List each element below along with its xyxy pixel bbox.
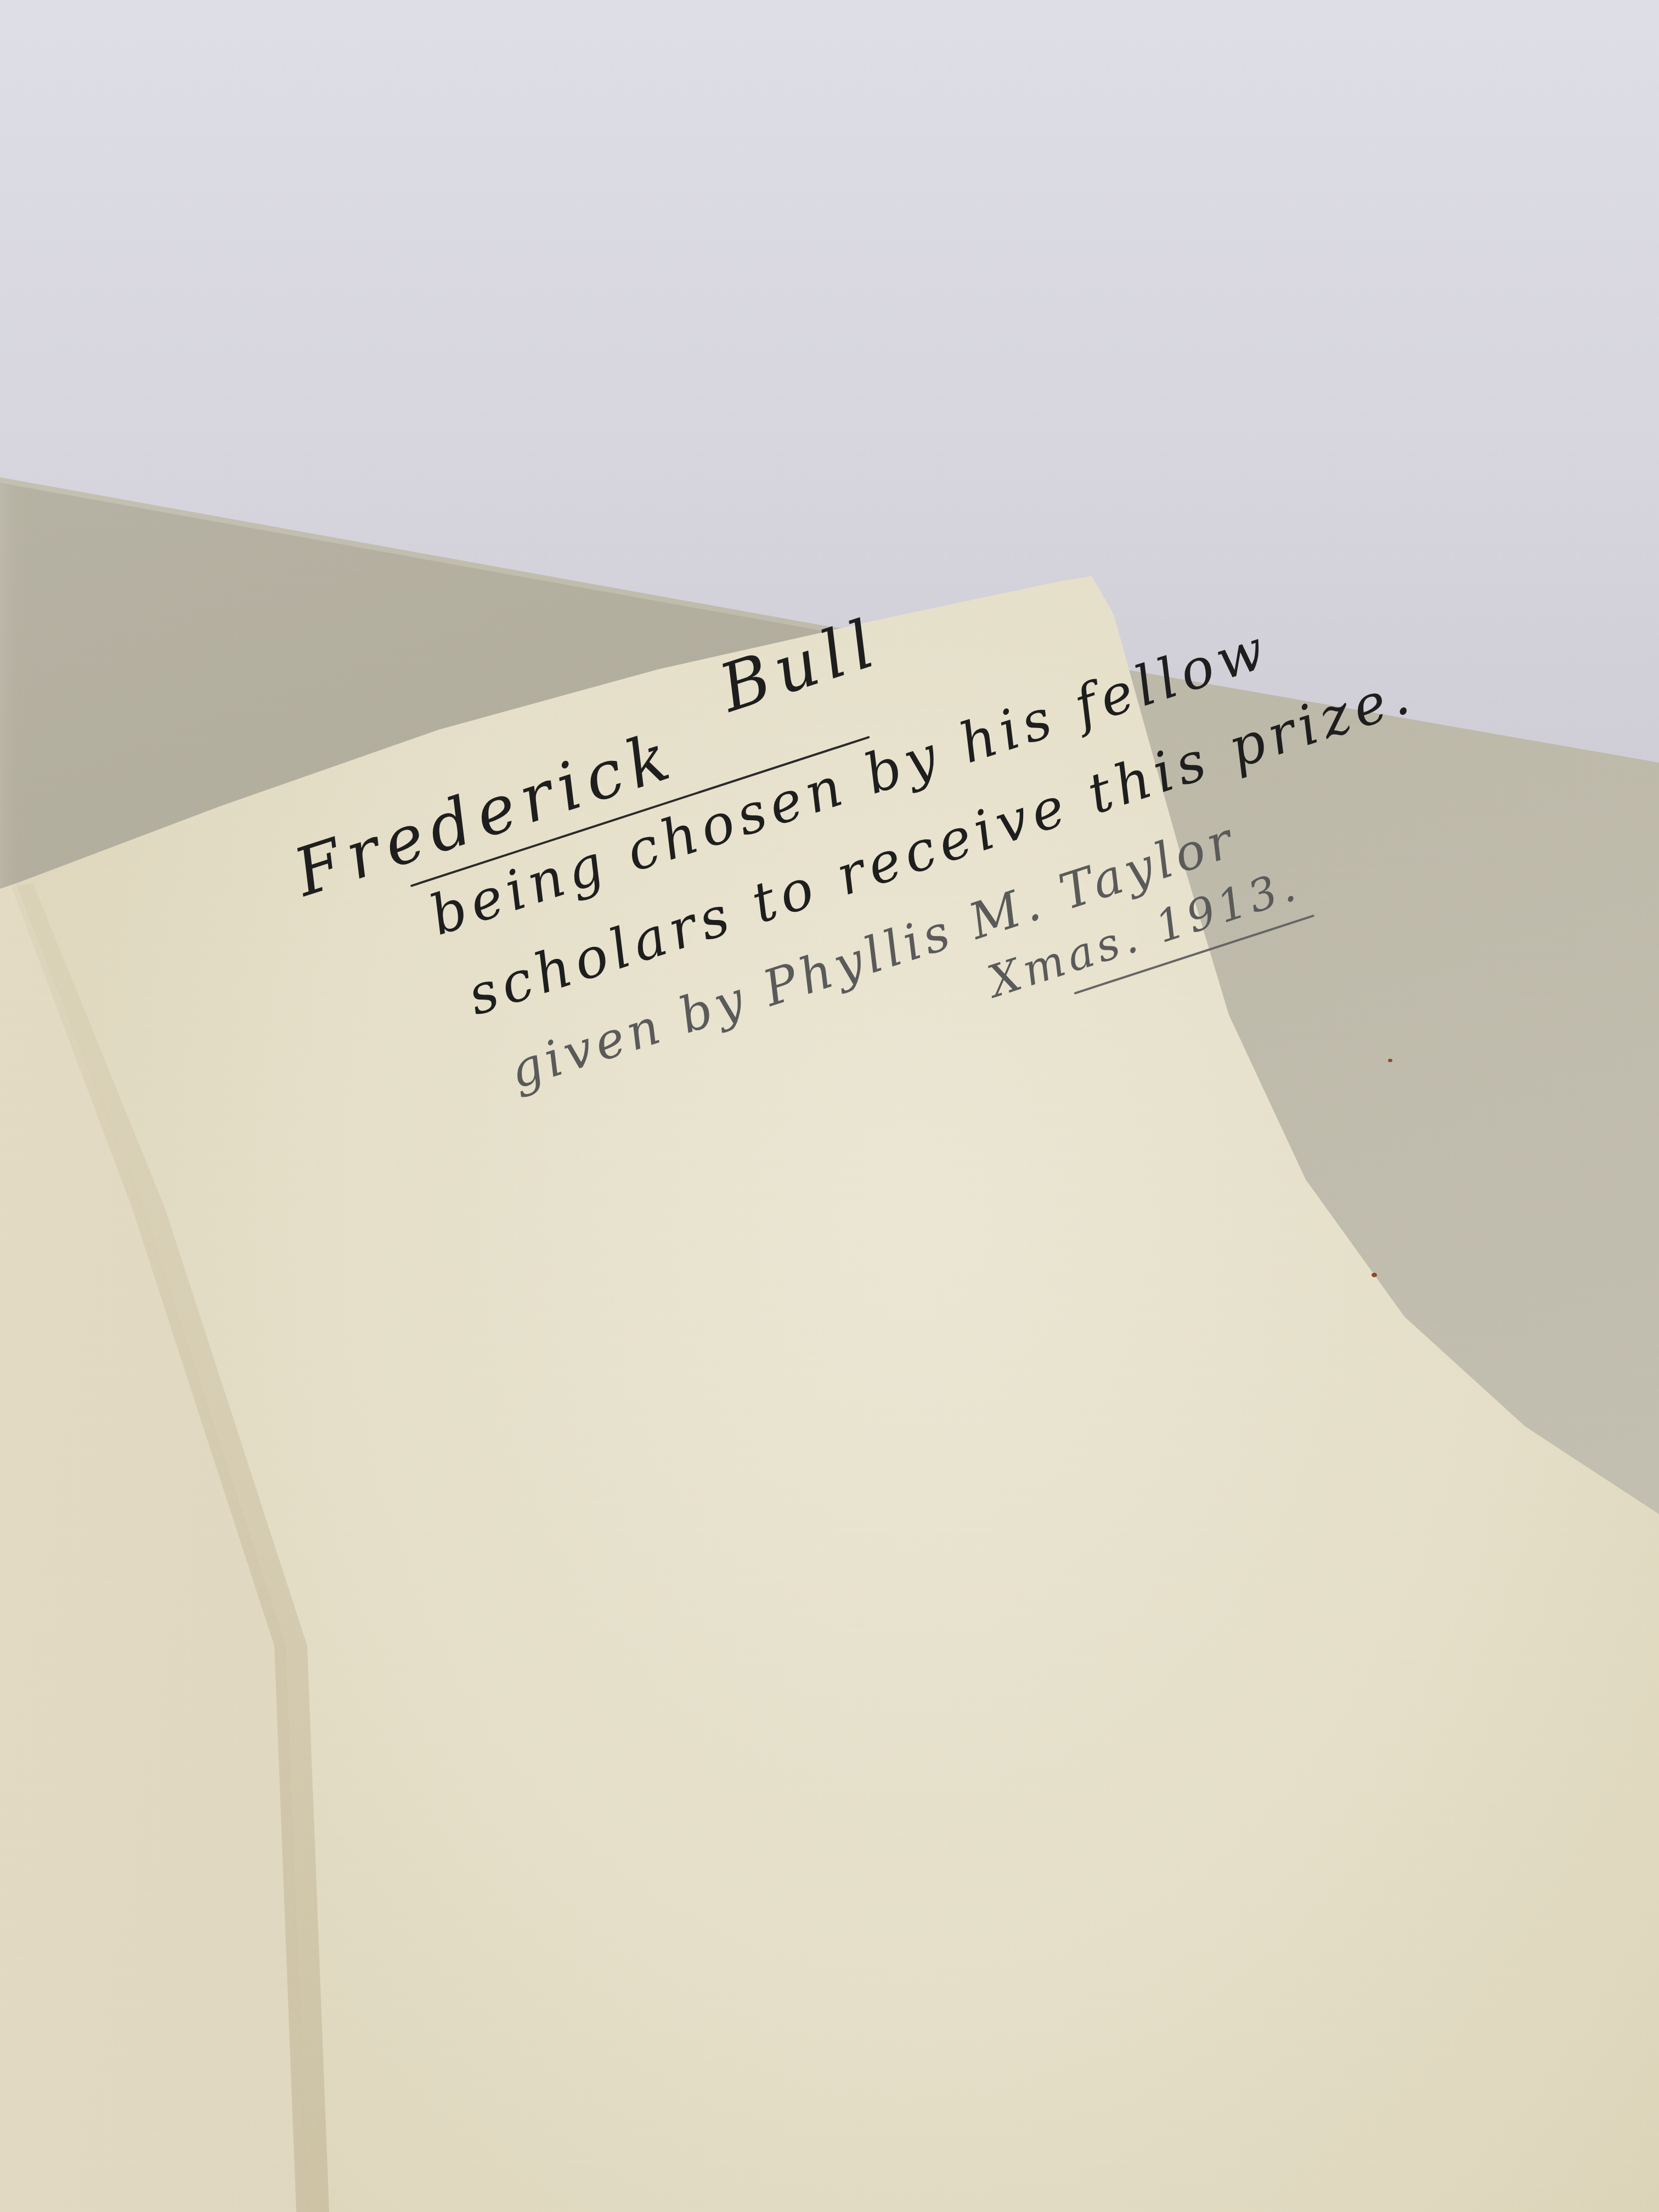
foxing-spot	[1372, 1273, 1377, 1277]
photo-scene: FrederickBull being chosen by his fellow…	[0, 0, 1659, 2212]
recipient-last-name: Bull	[711, 604, 890, 727]
foxing-spot	[1388, 1059, 1392, 1062]
